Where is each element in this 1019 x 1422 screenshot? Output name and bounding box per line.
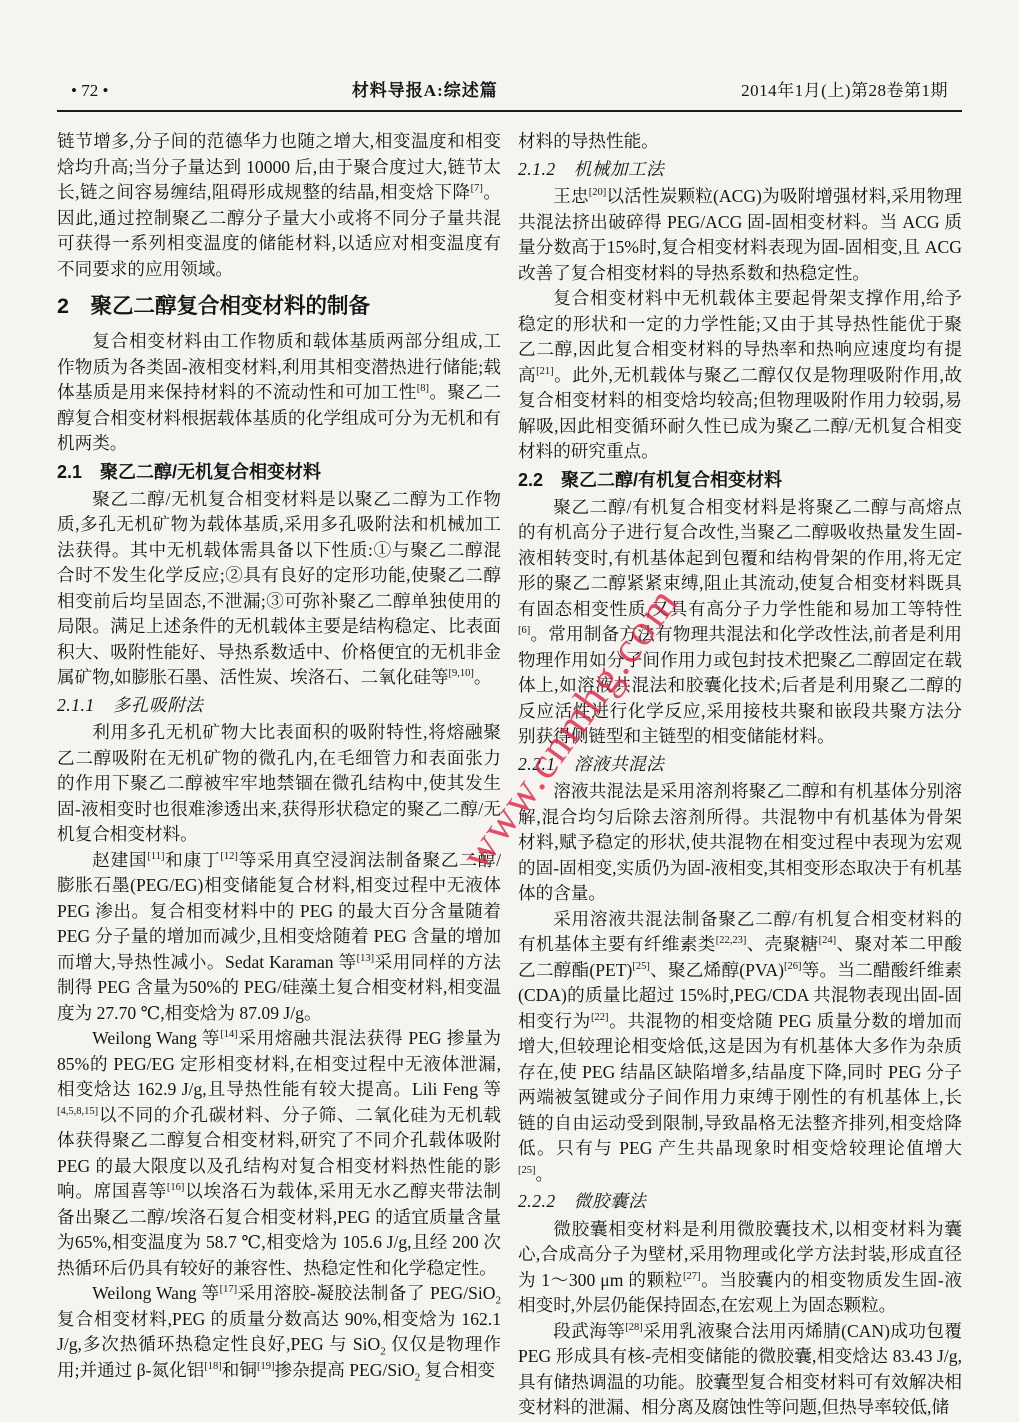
subsubsection-heading: 2.2.1 溶液共混法 (518, 752, 962, 778)
section-heading: 2 聚乙二醇复合相变材料的制备 (57, 293, 501, 319)
paragraph: 复合相变材料由工作物质和载体基质两部分组成,工作物质为各类固-液相变材料,利用其… (57, 329, 501, 457)
paragraph: 采用溶液共混法制备聚乙二醇/有机复合相变材料的有机基体主要有纤维素类[22,23… (518, 907, 962, 1188)
left-column: 链节增多,分子间的范德华力也随之增大,相变温度和相变焓均升高;当分子量达到 10… (57, 129, 501, 1421)
subsubsection-heading: 2.1.1 多孔吸附法 (57, 693, 501, 719)
subsection-heading: 2.1 聚乙二醇/无机复合相变材料 (57, 460, 501, 484)
journal-page: • 72 • 材料导报A:综述篇 2014年1月(上)第28卷第1期 链节增多,… (0, 0, 1019, 1422)
paragraph: 王忠[20]以活性炭颗粒(ACG)为吸附增强材料,采用物理共混法挤出破碎得 PE… (518, 184, 962, 286)
article-body: 链节增多,分子间的范德华力也随之增大,相变温度和相变焓均升高;当分子量达到 10… (57, 129, 962, 1421)
journal-title: 材料导报A:综述篇 (352, 76, 498, 101)
subsubsection-heading: 2.2.2 微胶囊法 (518, 1189, 962, 1215)
paragraph: 复合相变材料中无机载体主要起骨架支撑作用,给予稳定的形状和一定的力学性能;又由于… (518, 286, 962, 465)
paragraph: Weilong Wang 等[14]采用熔融共混法获得 PEG 掺量为85%的 … (57, 1026, 501, 1281)
paragraph: 段武海等[28]采用乳液聚合法用丙烯腈(CAN)成功包覆 PEG 形成具有核-壳… (518, 1319, 962, 1421)
subsection-heading: 2.2 聚乙二醇/有机复合相变材料 (518, 468, 962, 492)
issue-info: 2014年1月(上)第28卷第1期 (741, 76, 948, 101)
paragraph: Weilong Wang 等[17]采用溶胶-凝胶法制备了 PEG/SiO2 复… (57, 1281, 501, 1383)
paragraph: 微胶囊相变材料是利用微胶囊技术,以相变材料为囊心,合成高分子为壁材,采用物理或化… (518, 1217, 962, 1319)
subsubsection-heading: 2.1.2 机械加工法 (518, 157, 962, 183)
paragraph: 赵建国[11]和康丁[12]等采用真空浸润法制备聚乙二醇/膨胀石墨(PEG/EG… (57, 848, 501, 1027)
paragraph: 聚乙二醇/有机复合相变材料是将聚乙二醇与高熔点的有机高分子进行复合改性,当聚乙二… (518, 495, 962, 750)
paragraph: 溶液共混法是采用溶剂将聚乙二醇和有机基体分别溶解,混合均匀后除去溶剂所得。共混物… (518, 779, 962, 907)
page-header: • 72 • 材料导报A:综述篇 2014年1月(上)第28卷第1期 (57, 76, 962, 112)
paragraph: 聚乙二醇/无机复合相变材料是以聚乙二醇为工作物质,多孔无机矿物为载体基质,采用多… (57, 487, 501, 691)
right-column: 材料的导热性能。 2.1.2 机械加工法 王忠[20]以活性炭颗粒(ACG)为吸… (518, 129, 962, 1421)
paragraph: 链节增多,分子间的范德华力也随之增大,相变温度和相变焓均升高;当分子量达到 10… (57, 129, 501, 282)
paragraph: 材料的导热性能。 (518, 129, 962, 155)
page-number: • 72 • (71, 81, 108, 101)
paragraph: 利用多孔无机矿物大比表面积的吸附特性,将熔融聚乙二醇吸附在无机矿物的微孔内,在毛… (57, 720, 501, 848)
